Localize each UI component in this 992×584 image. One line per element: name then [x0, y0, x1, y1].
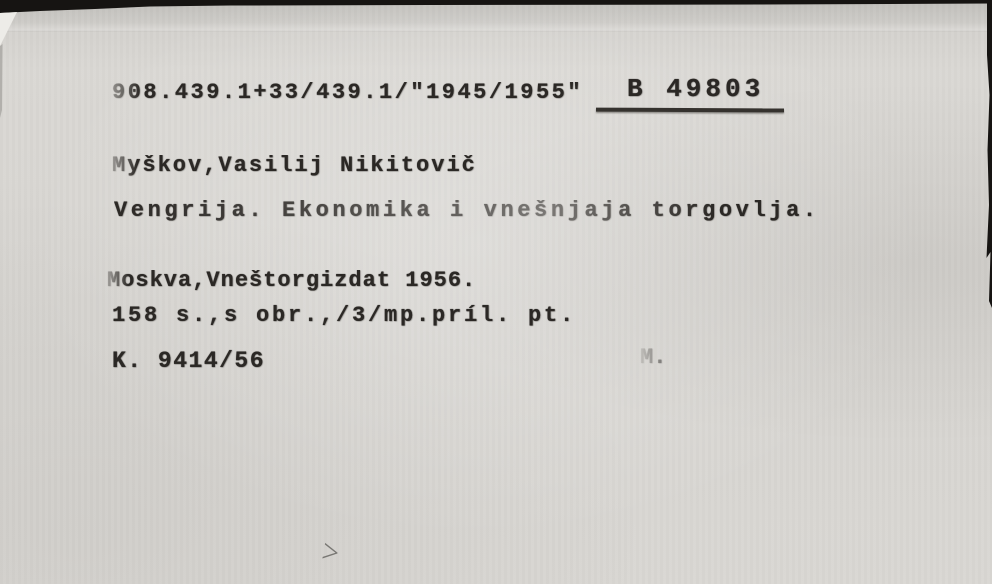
author-line: Myškov,Vasilij Nikitovič: [112, 155, 477, 177]
scan-edge-left-sliver: [0, 44, 3, 118]
imprint-line: Moskva,Vneštorgizdat 1956.: [107, 270, 476, 292]
catalog-card-scan: 908.439.1+33/439.1/"1945/1955" B 49803 M…: [0, 0, 992, 584]
accession-underline: [596, 108, 784, 113]
title-line: Vengrija. Ekonomika i vnešnjaja torgovlj…: [114, 200, 820, 222]
filing-letter: M.: [640, 347, 666, 369]
call-number: 908.439.1+33/439.1/"1945/1955": [112, 82, 583, 104]
collation-line: 158 s.,s obr.,/3/mp.príl. pt.: [112, 305, 576, 327]
accession-number: B 49803: [627, 76, 764, 102]
card-top-crease: [0, 0, 992, 32]
pencil-mark: >: [319, 533, 342, 573]
scan-edge-right: [987, 0, 992, 308]
record-number: K. 9414/56: [112, 350, 265, 373]
